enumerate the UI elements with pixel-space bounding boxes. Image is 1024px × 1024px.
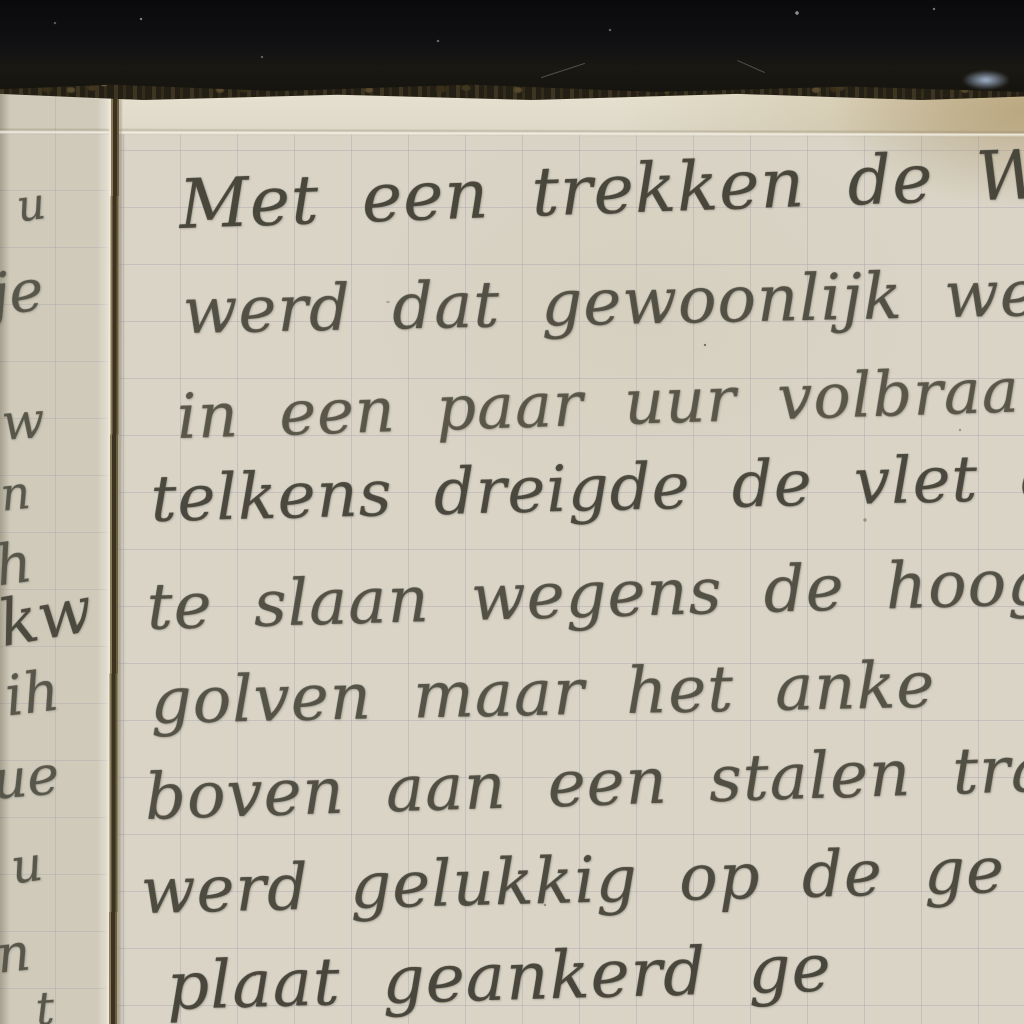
left-page-fragment: n xyxy=(0,469,32,518)
page-gutter xyxy=(107,84,123,1024)
left-page-fragment: n xyxy=(0,926,33,981)
left-page-fragment: w xyxy=(0,395,46,448)
left-page-sliver: u je w n h kw ih ue u n t xyxy=(0,0,113,1024)
handwriting-line: werd dat gewoonlijk wer xyxy=(182,261,1024,344)
left-page-fragment: kw xyxy=(0,578,97,657)
blue-glint-highlight xyxy=(962,70,1010,90)
notebook-scan: u je w n h kw ih ue u n t Met een trekke… xyxy=(0,0,1024,1024)
left-page-fragment: t xyxy=(34,985,56,1024)
left-page-fragment: u xyxy=(14,182,48,230)
left-page-fragment: je xyxy=(0,261,46,324)
cover-dust-speckles xyxy=(0,0,1024,92)
left-page-fragment: ih xyxy=(2,663,62,725)
left-page-fragment: ue xyxy=(0,748,61,808)
left-page-fragment: u xyxy=(8,840,45,892)
handwriting-line: golven maar het anke xyxy=(150,654,936,734)
handwriting-line: plaat geankerd ge xyxy=(166,935,832,1020)
